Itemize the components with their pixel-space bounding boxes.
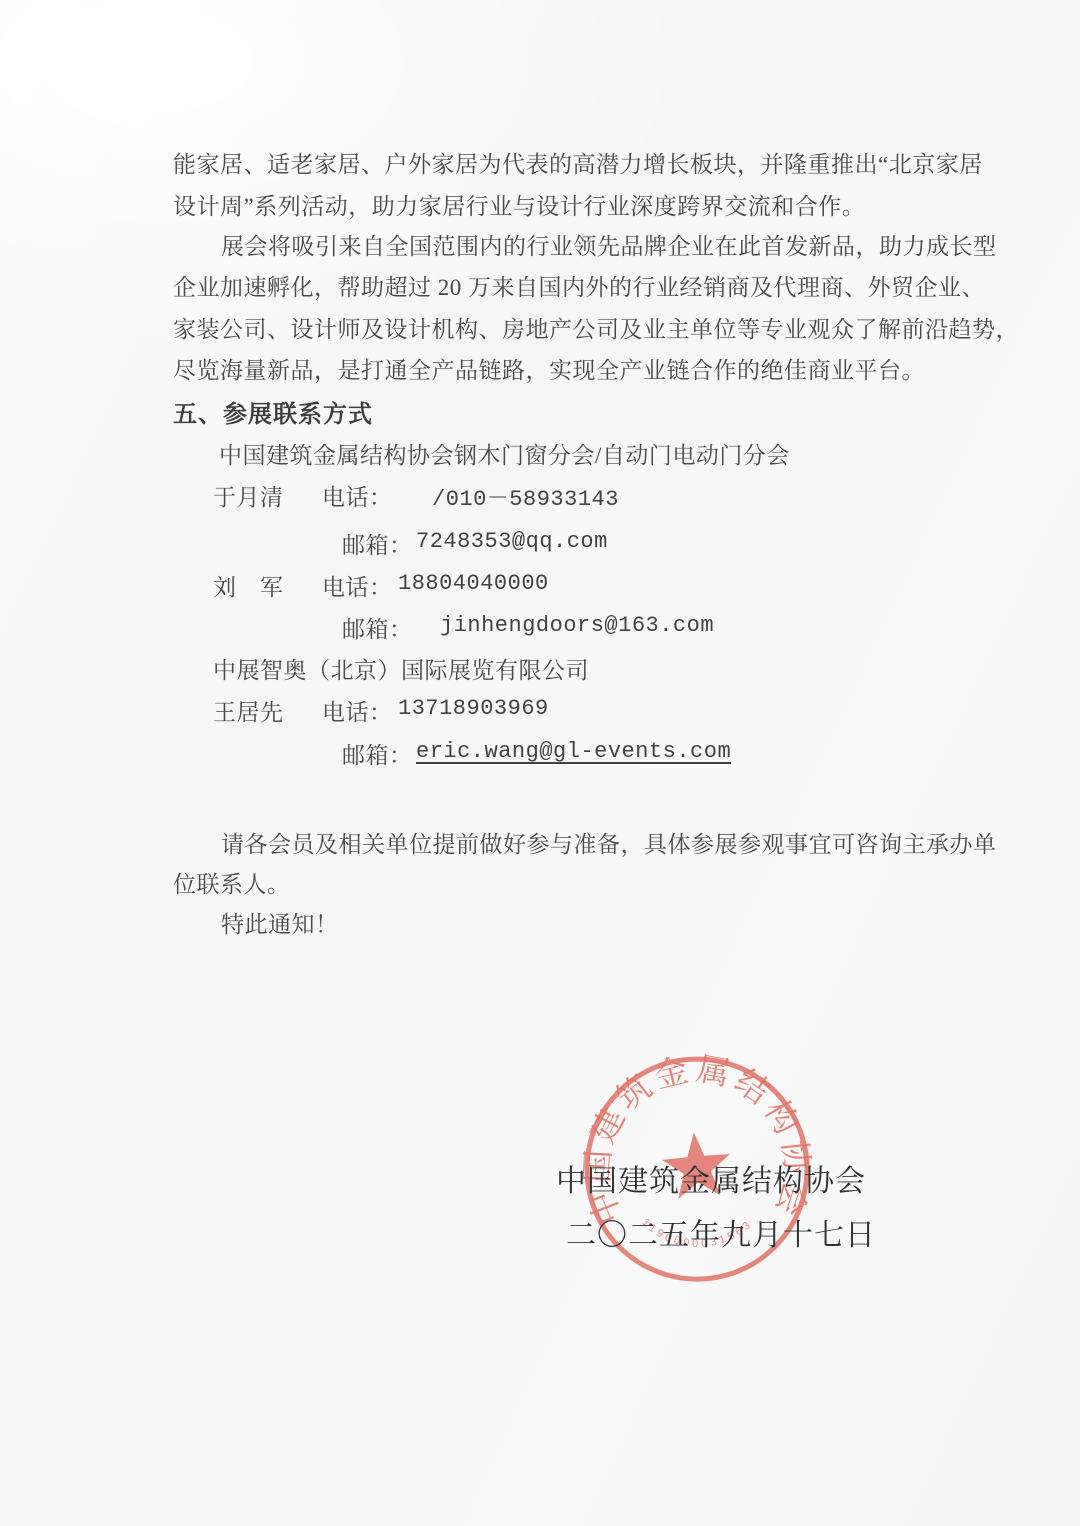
closing-line: 位联系人。 xyxy=(173,866,291,899)
phone-value: 18804040000 xyxy=(398,571,549,596)
organization-line: 中展智奥（北京）国际展览有限公司 xyxy=(213,652,589,685)
body-line: 家装公司、设计师及设计机构、房地产公司及业主单位等专业观众了解前沿趋势， xyxy=(173,311,1019,344)
email-label: 邮箱： xyxy=(342,737,413,770)
phone-label: 电话： xyxy=(322,694,393,727)
email-label: 邮箱： xyxy=(342,611,413,644)
email-value: 7248353@qq.com xyxy=(416,529,608,554)
organization-line: 中国建筑金属结构协会钢木门窗分会/自动门电动门分会 xyxy=(219,437,790,470)
email-value: jinhengdoors@163.com xyxy=(440,613,714,638)
body-line: 展会将吸引来自全国范围内的行业领先品牌企业在此首发新品，助力成长型 xyxy=(221,228,997,261)
body-line: 设计周”系列活动，助力家居行业与设计行业深度跨界交流和合作。 xyxy=(173,188,865,221)
section-heading: 五、参展联系方式 xyxy=(173,394,373,429)
signature-organization: 中国建筑金属结构协会 xyxy=(556,1156,866,1200)
phone-label: 电话： xyxy=(322,479,393,512)
contact-name: 于月清 xyxy=(213,479,284,512)
contact-name: 王居先 xyxy=(213,694,284,727)
body-line: 能家居、适老家居、户外家居为代表的高潜力增长板块，并隆重推出“北京家居 xyxy=(173,146,983,179)
closing-line: 请各会员及相关单位提前做好参与准备，具体参展参观事宜可咨询主承办单 xyxy=(221,826,997,859)
phone-value: /010－58933143 xyxy=(432,481,619,512)
body-line: 尽览海量新品，是打通全产品链路，实现全产业链合作的绝佳商业平台。 xyxy=(173,352,925,385)
body-line: 企业加速孵化，帮助超过 20 万来自国内外的行业经销商及代理商、外贸企业、 xyxy=(173,269,985,302)
scanned-notice-page: 能家居、适老家居、户外家居为代表的高潜力增长板块，并隆重推出“北京家居 设计周”… xyxy=(0,0,1080,1526)
signature-date: 二〇二五年九月十七日 xyxy=(566,1210,876,1254)
notice-line: 特此通知！ xyxy=(221,906,339,939)
email-label: 邮箱： xyxy=(342,527,413,560)
contact-name: 刘 军 xyxy=(213,569,284,602)
phone-value: 13718903969 xyxy=(398,696,549,721)
phone-label: 电话： xyxy=(322,569,393,602)
email-value: eric.wang@gl-events.com xyxy=(416,739,731,764)
